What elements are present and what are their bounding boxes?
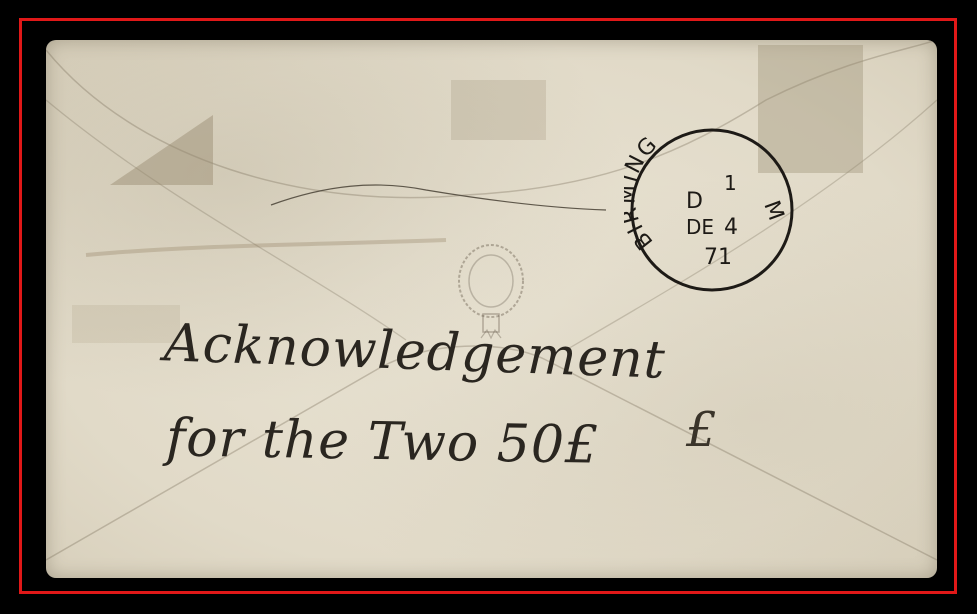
- manuscript-pound-mark: £: [686, 402, 717, 458]
- envelope-back: BIRMING M D 1 DE 4 71 Acknowledgement fo…: [46, 40, 937, 578]
- manuscript-line-2: for the Two 50£: [166, 408, 600, 476]
- hinge-residue-top: [451, 80, 546, 140]
- postmark-day: 4: [724, 215, 738, 240]
- postmark-town: BIRMING: [624, 131, 664, 254]
- postmark-suffix: M: [758, 198, 788, 224]
- postmark-code: D: [686, 189, 703, 214]
- svg-text:BIRMING: BIRMING: [624, 131, 664, 254]
- birmingham-postmark: BIRMING M D 1 DE 4 71: [624, 122, 800, 298]
- postmark-month: DE: [686, 215, 714, 239]
- postmark-number: 1: [724, 171, 737, 195]
- postmark-year: 71: [704, 245, 732, 270]
